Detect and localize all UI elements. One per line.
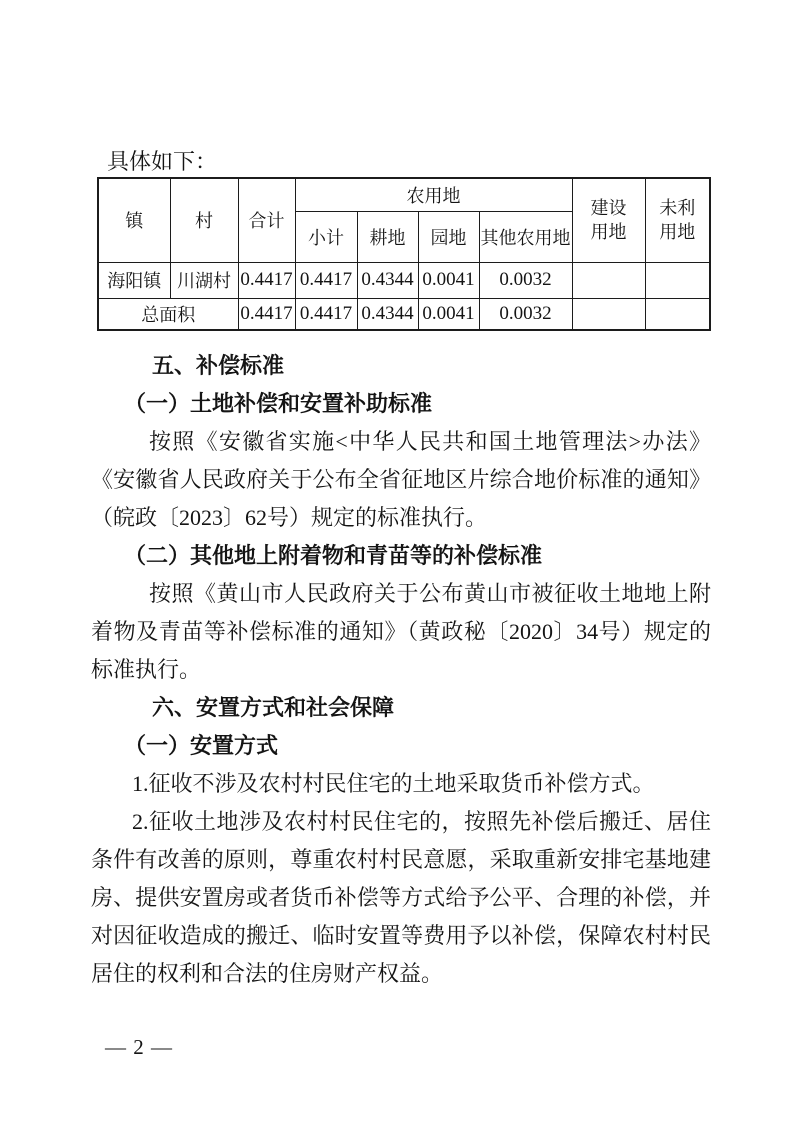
land-area-table: 镇 村 合计 农用地 建设 用地 未利 用地 小计 耕地 园地 其他农用地 海阳… [97,177,711,331]
cell-construction [572,262,645,298]
section-5-heading: 五、补偿标准 [91,347,711,385]
cell-village: 川湖村 [170,262,238,298]
cell-unused [645,262,710,298]
section-5-2-heading: （二）其他地上附着物和青苗等的补偿标准 [91,537,711,575]
cell-total-subtotal: 0.4417 [295,298,357,330]
col-header-unused: 未利 用地 [645,178,710,262]
col-header-cultivated: 耕地 [357,211,418,262]
section-6-1-item-2: 2.征收土地涉及农村村民住宅的，按照先补偿后搬迁、居住条件有改善的原则，尊重农村… [91,803,711,993]
cell-town: 海阳镇 [98,262,170,298]
cell-total: 0.4417 [238,262,295,298]
cell-garden: 0.0041 [418,262,479,298]
section-5-1-heading: （一）土地补偿和安置补助标准 [91,385,711,423]
cell-total-label: 总面积 [98,298,238,330]
section-6-1-heading: （一）安置方式 [91,727,711,765]
document-page: 具体如下： 镇 村 合计 农用地 建设 用地 未利 用地 小计 耕地 [0,0,793,1122]
col-header-subtotal: 小计 [295,211,357,262]
cell-total-cultivated: 0.4344 [357,298,418,330]
col-header-construction: 建设 用地 [572,178,645,262]
col-header-other-agricultural: 其他农用地 [479,211,572,262]
intro-text: 具体如下： [91,147,711,176]
col-header-agricultural-group: 农用地 [295,178,572,211]
cell-subtotal: 0.4417 [295,262,357,298]
page-number: — 2 — [105,1035,173,1060]
col-header-village: 村 [170,178,238,262]
cell-cultivated: 0.4344 [357,262,418,298]
cell-total-construction [572,298,645,330]
cell-total-other-agricultural: 0.0032 [479,298,572,330]
table-header-row-1: 镇 村 合计 农用地 建设 用地 未利 用地 [98,178,710,211]
section-6-1-item-1: 1.征收不涉及农村村民住宅的土地采取货币补偿方式。 [91,765,711,803]
cell-other-agricultural: 0.0032 [479,262,572,298]
cell-total-garden: 0.0041 [418,298,479,330]
cell-total-unused [645,298,710,330]
section-5-2-paragraph: 按照《黄山市人民政府关于公布黄山市被征收土地地上附着物及青苗等补偿标准的通知》（… [91,575,711,689]
cell-total-total: 0.4417 [238,298,295,330]
section-5-1-paragraph: 按照《安徽省实施<中华人民共和国土地管理法>办法》《安徽省人民政府关于公布全省征… [91,423,711,537]
section-6-heading: 六、安置方式和社会保障 [91,689,711,727]
col-header-town: 镇 [98,178,170,262]
col-header-total: 合计 [238,178,295,262]
document-content: 具体如下： 镇 村 合计 农用地 建设 用地 未利 用地 小计 耕地 [91,147,711,993]
col-header-garden: 园地 [418,211,479,262]
table-total-row: 总面积 0.4417 0.4417 0.4344 0.0041 0.0032 [98,298,710,330]
table-row: 海阳镇 川湖村 0.4417 0.4417 0.4344 0.0041 0.00… [98,262,710,298]
